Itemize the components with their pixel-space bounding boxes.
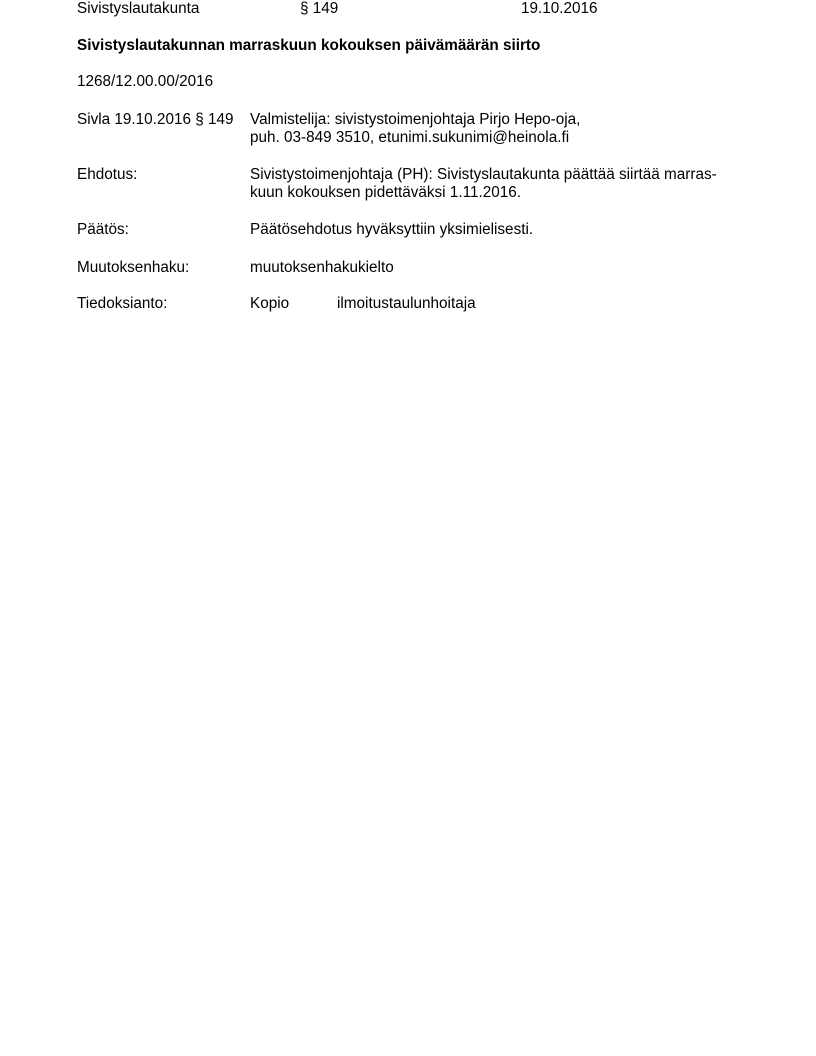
preparation-line-1: Valmistelija: sivistystoimenjohtaja Pirj…	[250, 111, 580, 129]
document-title: Sivistyslautakunnan marraskuun kokouksen…	[77, 37, 540, 55]
preparation-line-2: puh. 03-849 3510, etunimi.sukunimi@heino…	[250, 129, 569, 147]
header-date: 19.10.2016	[521, 0, 598, 18]
decision-text: Päätösehdotus hyväksyttiin yksimielisest…	[250, 221, 533, 239]
decision-label: Päätös:	[77, 221, 129, 239]
preparation-label: Sivla 19.10.2016 § 149	[77, 111, 234, 129]
header-organization: Sivistyslautakunta	[77, 0, 199, 18]
appeal-text: muutoksenhakukielto	[250, 259, 394, 277]
notification-label: Tiedoksianto:	[77, 295, 167, 313]
header-section: § 149	[300, 0, 338, 18]
proposal-label: Ehdotus:	[77, 166, 137, 184]
notification-recipient: ilmoitustaulunhoitaja	[337, 295, 476, 313]
proposal-line-1: Sivistystoimenjohtaja (PH): Sivistyslaut…	[250, 166, 717, 184]
notification-type: Kopio	[250, 295, 289, 313]
appeal-label: Muutoksenhaku:	[77, 259, 189, 277]
document-number: 1268/12.00.00/2016	[77, 73, 213, 91]
proposal-line-2: kuun kokouksen pidettäväksi 1.11.2016.	[250, 184, 521, 202]
